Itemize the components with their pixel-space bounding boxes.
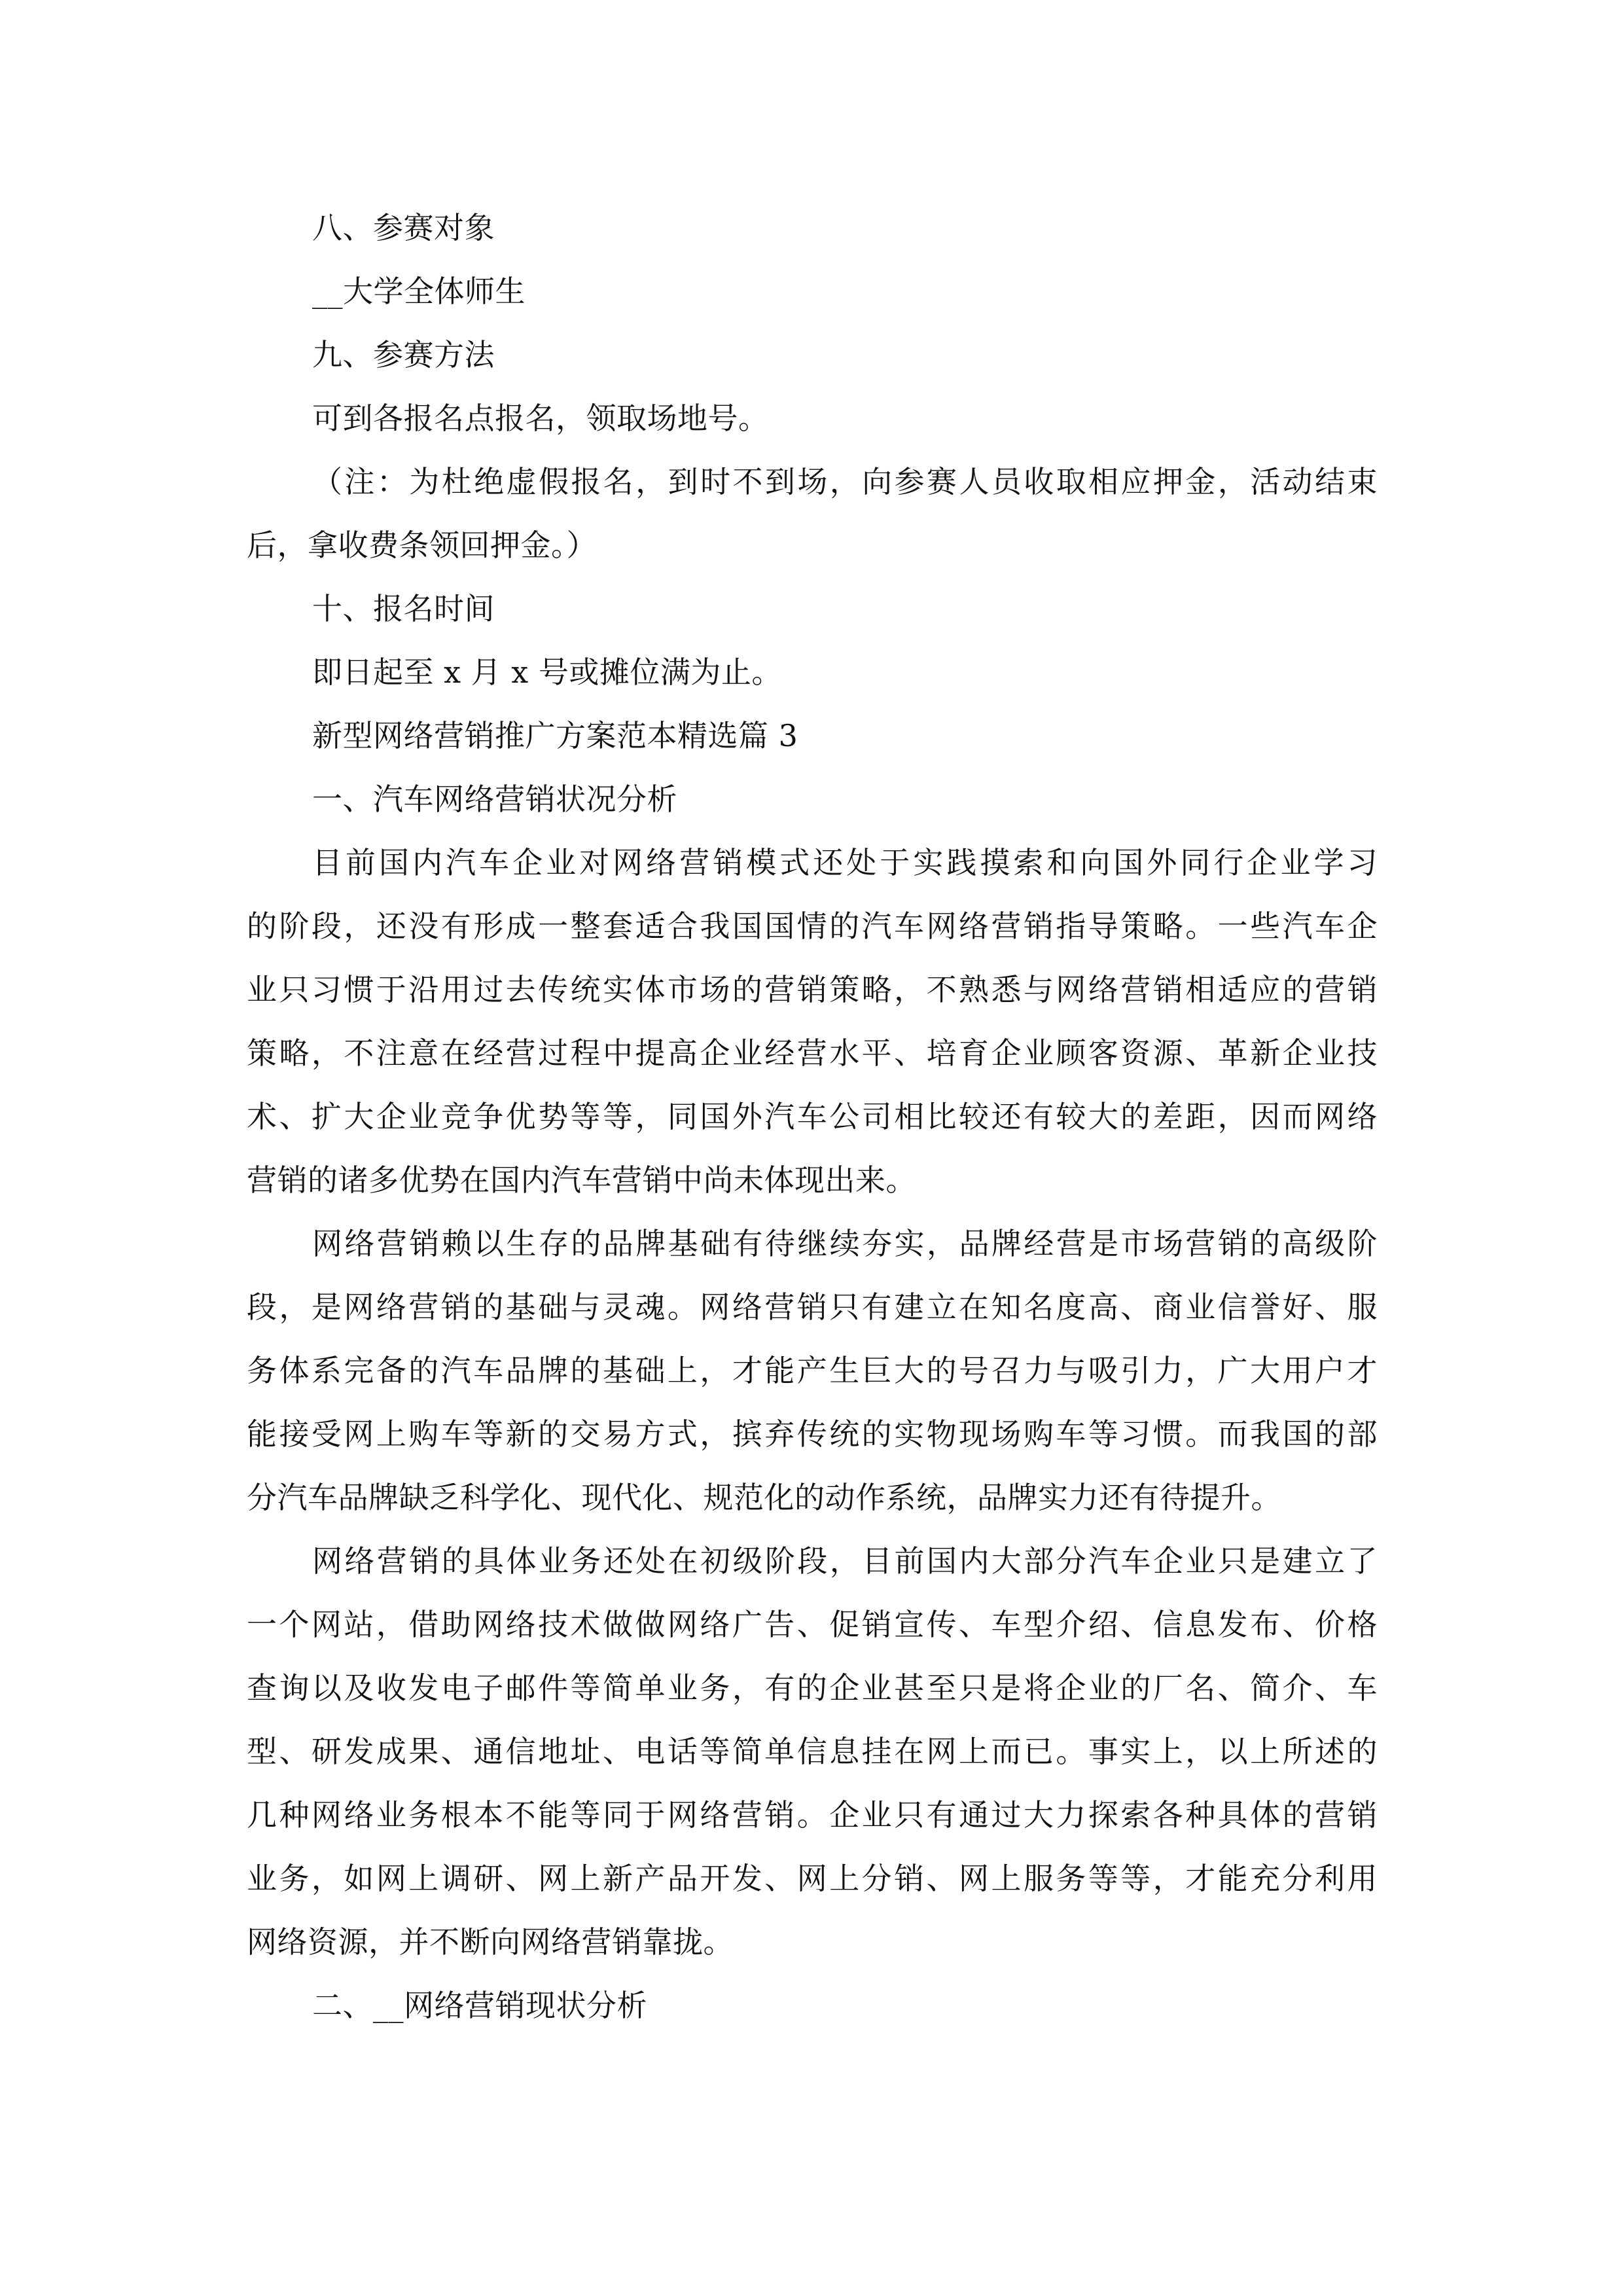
- part1-paragraph-1: 目前国内汽车企业对网络营销模式还处于实践摸索和向国外同行企业学习 的阶段，还没有…: [247, 831, 1378, 1212]
- paragraph-line: 能接受网上购车等新的交易方式，摈弃传统的实物现场购车等习惯。而我国的部: [247, 1403, 1378, 1466]
- paragraph-line: 一个网站，借助网络技术做做网络广告、促销宣传、车型介绍、信息发布、价格: [247, 1593, 1378, 1657]
- paragraph-line: 几种网络业务根本不能等同于网络营销。企业只有通过大力探索各种具体的营销: [247, 1784, 1378, 1847]
- paragraph-line: 网络营销赖以生存的品牌基础有待继续夯实，品牌经营是市场营销的高级阶: [247, 1212, 1378, 1276]
- paragraph-line: 网络营销的具体业务还处在初级阶段，目前国内大部分汽车企业只是建立了: [247, 1530, 1378, 1593]
- paragraph-line: 查询以及收发电子邮件等简单业务，有的企业甚至只是将企业的厂名、简介、车: [247, 1657, 1378, 1720]
- part1-heading: 一、汽车网络营销状况分析: [247, 768, 1378, 831]
- paragraph-line: 型、研发成果、通信地址、电话等简单信息挂在网上而已。事实上，以上所述的: [247, 1720, 1378, 1784]
- method-text: 可到各报名点报名，领取场地号。: [247, 387, 1378, 450]
- registration-time-text: 即日起至 x 月 x 号或摊位满为止。: [247, 641, 1378, 704]
- paragraph-line: 分汽车品牌缺乏科学化、现代化、规范化的动作系统，品牌实力还有待提升。: [247, 1466, 1378, 1530]
- method-note-line: 后，拿收费条领回押金。）: [247, 514, 1378, 577]
- paragraph-line: 段，是网络营销的基础与灵魂。网络营销只有建立在知名度高、商业信誉好、服: [247, 1276, 1378, 1339]
- paragraph-line: 业务，如网上调研、网上新产品开发、网上分销、网上服务等等，才能充分利用: [247, 1847, 1378, 1910]
- paragraph-line: 务体系完备的汽车品牌的基础上，才能产生巨大的号召力与吸引力，广大用户才: [247, 1339, 1378, 1403]
- paragraph-line: 业只习惯于沿用过去传统实体市场的营销策略，不熟悉与网络营销相适应的营销: [247, 958, 1378, 1022]
- paragraph-line: 目前国内汽车企业对网络营销模式还处于实践摸索和向国外同行企业学习: [247, 831, 1378, 895]
- document-body: 八、参赛对象 __大学全体师生 九、参赛方法 可到各报名点报名，领取场地号。 （…: [247, 196, 1378, 2037]
- paragraph-line: 营销的诸多优势在国内汽车营销中尚未体现出来。: [247, 1149, 1378, 1212]
- method-note-line: （注：为杜绝虚假报名，到时不到场，向参赛人员收取相应押金，活动结束: [247, 450, 1378, 514]
- paragraph-line: 策略，不注意在经营过程中提高企业经营水平、培育企业顾客资源、革新企业技: [247, 1022, 1378, 1085]
- part1-paragraph-3: 网络营销的具体业务还处在初级阶段，目前国内大部分汽车企业只是建立了 一个网站，借…: [247, 1530, 1378, 1974]
- article-title: 新型网络营销推广方案范本精选篇 3: [247, 704, 1378, 768]
- section-heading-participants: 八、参赛对象: [247, 196, 1378, 260]
- part1-paragraph-2: 网络营销赖以生存的品牌基础有待继续夯实，品牌经营是市场营销的高级阶 段，是网络营…: [247, 1212, 1378, 1530]
- participants-text: __大学全体师生: [247, 260, 1378, 323]
- paragraph-line: 的阶段，还没有形成一整套适合我国国情的汽车网络营销指导策略。一些汽车企: [247, 895, 1378, 958]
- section-heading-registration-time: 十、报名时间: [247, 577, 1378, 641]
- section-heading-method: 九、参赛方法: [247, 323, 1378, 387]
- paragraph-line: 网络资源，并不断向网络营销靠拢。: [247, 1910, 1378, 1974]
- paragraph-line: 术、扩大企业竞争优势等等，同国外汽车公司相比较还有较大的差距，因而网络: [247, 1085, 1378, 1149]
- method-note: （注：为杜绝虚假报名，到时不到场，向参赛人员收取相应押金，活动结束 后，拿收费条…: [247, 450, 1378, 577]
- part2-heading: 二、__网络营销现状分析: [247, 1974, 1378, 2037]
- document-page: 八、参赛对象 __大学全体师生 九、参赛方法 可到各报名点报名，领取场地号。 （…: [0, 0, 1623, 2296]
